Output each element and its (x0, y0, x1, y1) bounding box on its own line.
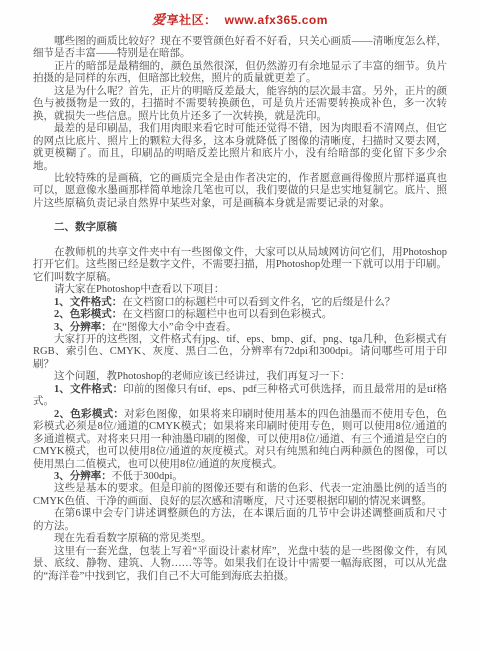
paragraph: 这里有一套光盘，包装上写着“平面设计素材库”，光盘中装的是一些图像文件，有风景、… (33, 546, 447, 583)
list-item: 2、色彩模式：对彩色图像，如果将来印刷时使用基本的四色油墨而不使用专色，色彩模式… (33, 409, 447, 471)
paragraph: 哪些图的画质比较好？现在不要管颜色好看不好看，只关心画质——清晰度怎么样，细节是… (33, 36, 447, 61)
site-url-link[interactable]: www.afx365.com (225, 13, 328, 27)
list-item-text: 不低于300dpi。 (112, 471, 183, 482)
section-heading: 二、数字原稿 (33, 222, 447, 234)
paragraph: 在教师机的共享文件夹中有一些图像文件，大家可以从局域网访问它们，用Photosh… (33, 247, 447, 284)
paragraph: 这是为什么呢？首先，正片的明暗反差最大，能容纳的层次最丰富。另外，正片的颜色与被… (33, 86, 447, 123)
list-item: 2、色彩模式：在文档窗口的标题栏中也可以看到色彩模式。 (33, 309, 447, 321)
list-item-label: 3、分辨率： (54, 322, 112, 333)
paragraph: 现在先看看数字原稿的常见类型。 (33, 533, 447, 545)
site-name: 享社区： (167, 13, 217, 27)
list-item-text: 在文档窗口的标题栏中也可以看到色彩模式。 (122, 309, 332, 320)
paragraph: 在第6课中会专门讲述调整颜色的方法，在本课后面的几节中会讲述调整画质和尺寸的方法… (33, 508, 447, 533)
list-item-label: 2、色彩模式： (54, 309, 122, 320)
list-item: 3、分辨率：不低于300dpi。 (33, 471, 447, 483)
list-item-label: 1、文件格式： (54, 384, 123, 395)
list-item: 3、分辨率：在“图像大小”命令中查看。 (33, 322, 447, 334)
list-item-label: 3、分辨率： (54, 471, 112, 482)
list-item: 1、文件格式：印前的图像只有tif、eps、pdf三种格式可供选择，而且最常用的… (33, 384, 447, 409)
paragraph: 大家打开的这些图，文件格式有jpg、tif、eps、bmp、gif、png、tg… (33, 334, 447, 371)
paragraph: 正片的暗部是最精细的，颜色虽然很深，但仍然游刃有余地显示了丰富的细节。负片拍摄的… (33, 61, 447, 86)
paragraph: 请大家在Photoshop中查看以下项目： (33, 284, 447, 296)
paragraph: 这个问题，教Photoshop的老师应该已经讲过，我们再复习一下： (33, 371, 447, 383)
scanned-document-page: 爱享社区：www.afx365.com 哪些图的画质比较好？现在不要管颜色好看不… (0, 0, 480, 651)
list-item-label: 1、文件格式： (54, 297, 122, 308)
paragraph: 最差的是印刷品，我们用肉眼来看它时可能还觉得不错，因为肉眼看不清网点，但它的网点… (33, 123, 447, 173)
site-logo-icon: 爱 (152, 12, 166, 27)
list-item: 1、文件格式：在文档窗口的标题栏中可以看到文件名，它的后缀是什么？ (33, 297, 447, 309)
list-item-text: 在“图像大小”命令中查看。 (112, 322, 237, 333)
paragraph: 这些是基本的要求。但是印前的图像还要有和谐的色彩、代表一定油墨比例的适当的CMY… (33, 483, 447, 508)
list-item-text: 在文档窗口的标题栏中可以看到文件名，它的后缀是什么？ (122, 297, 395, 308)
paragraph: 比较特殊的是画稿，它的画质完全是由作者决定的，作者愿意画得像照片那样逼真也可以，… (33, 173, 447, 210)
site-watermark-header: 爱享社区：www.afx365.com (0, 0, 480, 28)
list-item-label: 2、色彩模式： (54, 409, 124, 420)
document-body: 哪些图的画质比较好？现在不要管颜色好看不好看，只关心画质——清晰度怎么样，细节是… (33, 36, 447, 583)
